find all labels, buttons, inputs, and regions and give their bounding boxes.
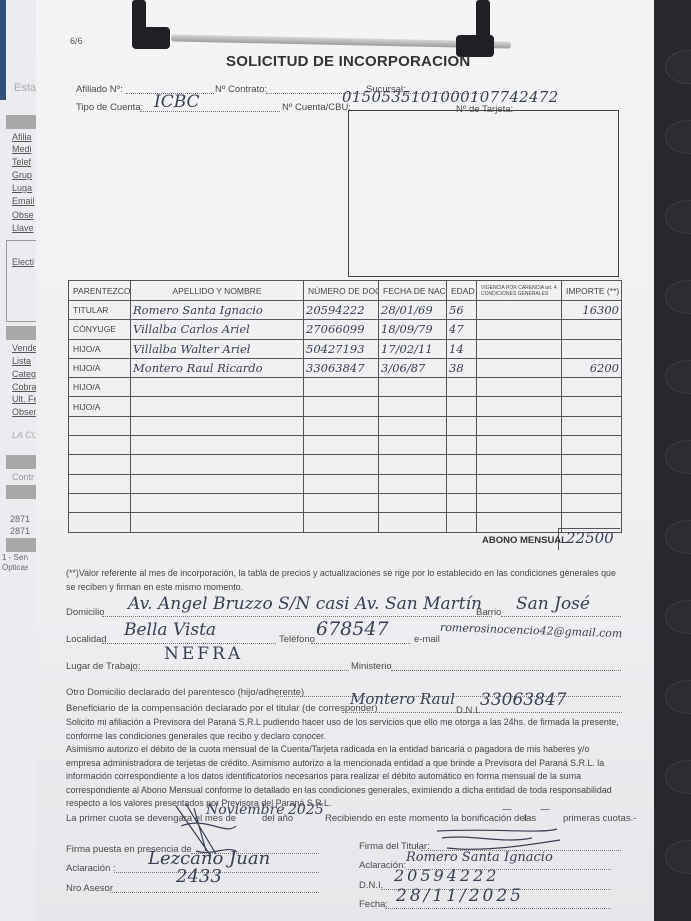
cell-parentezco[interactable]: CÓNYUGE (69, 320, 131, 339)
debit-authorization-paragraph: Asimismo autorizo el débito de la cuota … (66, 743, 626, 811)
barrio-value: San José (516, 594, 590, 614)
tipo-cuenta-label: Tipo de Cuenta: (76, 102, 143, 113)
family-table-header: PARENTEZCO APELLIDO Y NOMBRE NÚMERO DE D… (69, 281, 622, 301)
family-table-row (69, 513, 622, 532)
cell-doc[interactable]: 27066099 (304, 320, 379, 339)
family-table-row: HIJO/AVillalba Walter Ariel5042719317/02… (69, 339, 622, 358)
cell-importe[interactable] (562, 416, 622, 435)
localidad-label: Localidad (66, 634, 107, 645)
cell-fecha[interactable]: 17/02/11 (379, 339, 447, 358)
column-header: APELLIDO Y NOMBRE (131, 281, 304, 301)
cell-vigencia[interactable] (477, 358, 562, 377)
fecha-field[interactable] (385, 908, 611, 909)
cell-importe[interactable] (562, 320, 622, 339)
cell-fecha[interactable] (379, 436, 447, 455)
background-sheet-item: Llave (12, 223, 36, 233)
background-sheet-elect: Electi (12, 257, 36, 267)
cell-vigencia[interactable] (477, 378, 562, 397)
asesor-field[interactable] (110, 892, 319, 893)
background-sheet-bar (6, 326, 36, 340)
cell-parentezco[interactable] (69, 436, 131, 455)
background-sheet-item: Categ (12, 369, 36, 379)
cell-importe[interactable] (562, 436, 622, 455)
beneficiario-value: Montero Raul (350, 690, 455, 708)
cell-importe[interactable] (562, 474, 622, 493)
family-table-row: HIJO/A (69, 378, 622, 397)
cell-doc[interactable] (304, 493, 379, 512)
background-sheet-bar (6, 538, 36, 552)
cell-parentezco[interactable] (69, 474, 131, 493)
cell-importe[interactable] (562, 493, 622, 512)
asesor-value: 2433 (176, 866, 222, 887)
background-sheet-code: 2871 (10, 514, 36, 524)
affiliation-paragraph: Solicito mi afiliación a Previsora del P… (66, 716, 626, 743)
cell-edad[interactable] (447, 493, 477, 512)
family-table-row: CÓNYUGEVillalba Carlos Ariel2706609918/0… (69, 320, 622, 339)
background-sheet-box (6, 240, 36, 322)
cell-nombre[interactable] (131, 455, 304, 474)
background-sheet-item: Email (12, 196, 36, 206)
cell-importe[interactable]: 6200 (562, 358, 622, 377)
cell-importe[interactable] (562, 455, 622, 474)
background-sheet-item: Obser (12, 407, 36, 417)
cell-nombre[interactable] (131, 474, 304, 493)
telefono-label: Teléfono (279, 634, 315, 645)
cell-edad[interactable] (447, 436, 477, 455)
cell-importe[interactable]: 16300 (562, 301, 622, 320)
dni-value: 20594222 (394, 866, 499, 885)
background-sheet-contract: Contr (12, 472, 38, 482)
cell-fecha[interactable] (379, 513, 447, 532)
cell-doc[interactable]: 33063847 (304, 358, 379, 377)
background-sheet-item: Afilia (12, 132, 36, 142)
fecha-label: Fecha: (359, 899, 388, 910)
domicilio-field[interactable] (102, 616, 492, 617)
family-table-row (69, 455, 622, 474)
background-sheet-item: Medi (12, 144, 36, 154)
cell-nombre[interactable] (131, 416, 304, 435)
cell-parentezco[interactable] (69, 416, 131, 435)
beneficiario-dni-value: 33063847 (480, 690, 567, 710)
background-sheet-bar (6, 115, 36, 129)
abono-label: ABONO MENSUAL (482, 535, 567, 546)
family-table-row (69, 436, 622, 455)
cell-vigencia[interactable] (477, 320, 562, 339)
cell-importe[interactable] (562, 378, 622, 397)
column-header: EDAD (447, 281, 477, 301)
cell-nombre[interactable] (131, 513, 304, 532)
rubber-mat (651, 0, 691, 921)
cell-vigencia[interactable] (477, 493, 562, 512)
aclaracion-right-value: Romero Santa Ignacio (406, 850, 553, 865)
cell-nombre[interactable] (131, 493, 304, 512)
aclaracion-left-label: Aclaración : (66, 863, 116, 874)
cell-fecha[interactable]: 18/09/79 (379, 320, 447, 339)
cell-vigencia[interactable] (477, 339, 562, 358)
cell-fecha[interactable] (379, 493, 447, 512)
email-value: romerosinocencio42@gmail.com (440, 621, 623, 640)
family-table-row: TITULARRomero Santa Ignacio2059422228/01… (69, 301, 622, 320)
cell-vigencia[interactable] (477, 416, 562, 435)
cell-edad[interactable]: 14 (447, 339, 477, 358)
email-label: e-mail (414, 634, 440, 645)
cell-parentezco[interactable]: TITULAR (69, 301, 131, 320)
cell-parentezco[interactable] (69, 493, 131, 512)
cell-fecha[interactable] (379, 474, 447, 493)
cell-parentezco[interactable] (69, 455, 131, 474)
beneficiario-dni-label: D.N.I. (456, 705, 480, 716)
cell-fecha[interactable]: 3/06/87 (379, 358, 447, 377)
cuenta-cbu-label: Nº Cuenta/CBU: (282, 102, 351, 113)
cell-doc[interactable]: 20594222 (304, 301, 379, 320)
column-header: PARENTEZCO (69, 281, 131, 301)
cell-vigencia[interactable] (477, 513, 562, 532)
column-header: FECHA DE NAC. (379, 281, 447, 301)
background-sheet-heading: Esta (14, 82, 36, 94)
cuenta-cbu-value: 0150535101000107742472 (342, 88, 559, 106)
cell-edad[interactable]: 56 (447, 301, 477, 320)
family-table-row (69, 474, 622, 493)
cell-fecha[interactable] (379, 455, 447, 474)
background-sheet-item: Grup (12, 170, 36, 180)
family-table-row (69, 416, 622, 435)
cell-nombre[interactable]: Villalba Walter Ariel (131, 339, 304, 358)
family-table-row: HIJO/AMontero Raul Ricardo330638473/06/8… (69, 358, 622, 377)
cell-fecha[interactable] (379, 397, 447, 416)
trabajo-label: Lugar de Trabajo: (66, 661, 140, 672)
background-sheet-item: Cobra (12, 382, 36, 392)
beneficiario-field[interactable] (342, 712, 622, 713)
background-sheet-item: Lista (12, 356, 36, 366)
cell-parentezco[interactable]: HIJO/A (69, 339, 131, 358)
fecha-value: 28/11/2025 (396, 886, 524, 906)
column-header: NÚMERO DE DOC. (304, 281, 379, 301)
cuota-anio-value: 2025 (288, 802, 324, 818)
barrio-label: Barrio (476, 607, 501, 618)
ministerio-field[interactable] (391, 670, 621, 671)
otro-domicilio-label: Otro Domicilio declarado del parentesco … (66, 687, 304, 698)
las-label: las (524, 813, 536, 824)
cell-parentezco[interactable]: HIJO/A (69, 358, 131, 377)
cell-vigencia[interactable] (477, 397, 562, 416)
background-sheet-footer: Opticas; (2, 563, 28, 572)
bonif-value: — (502, 804, 512, 815)
background-sheet-footer: 1 - Serv (2, 553, 28, 562)
asesor-label: Nro Asesor (66, 883, 113, 894)
cell-doc[interactable] (304, 474, 379, 493)
cell-doc[interactable] (304, 455, 379, 474)
cell-importe[interactable] (562, 339, 622, 358)
cell-parentezco[interactable] (69, 513, 131, 532)
trabajo-field[interactable] (131, 670, 349, 671)
background-sheet-item: Obse (12, 210, 36, 220)
bonif-text: Recibiendo en este momento la bonificaci… (325, 813, 527, 824)
family-table-row (69, 493, 622, 512)
cell-edad[interactable] (447, 455, 477, 474)
ministerio-label: Ministerio (351, 661, 392, 672)
column-header: VIGENCIA POR CARENCIA art. 4 CONDICIONES… (477, 281, 562, 301)
cell-fecha[interactable] (379, 416, 447, 435)
background-sheet-bar (6, 485, 36, 499)
background-sheet-code: 2871 (10, 526, 36, 536)
cell-nombre[interactable] (131, 436, 304, 455)
contrato-label: Nº Contrato: (215, 84, 267, 95)
cell-fecha[interactable]: 28/01/69 (379, 301, 447, 320)
background-sheet-item: Telef (12, 157, 36, 167)
cell-nombre[interactable] (131, 378, 304, 397)
dni-label: D.N.I. (359, 880, 383, 891)
cell-edad[interactable]: 38 (447, 358, 477, 377)
background-sheet-item: Ult. Fe (12, 394, 36, 404)
clipboard-clip-left (132, 27, 170, 49)
cell-edad[interactable] (447, 474, 477, 493)
background-sheet-bar (6, 455, 36, 469)
cell-doc[interactable] (304, 513, 379, 532)
trabajo-value: NEFRA (164, 644, 243, 664)
cell-edad[interactable] (447, 397, 477, 416)
background-sheet-item: Vende (12, 343, 36, 353)
cuota-suffix: primeras cuotas.- (563, 813, 636, 824)
cell-edad[interactable] (447, 416, 477, 435)
domicilio-label: Domicilio (66, 607, 105, 618)
tipo-cuenta-value: ICBC (154, 92, 200, 112)
telefono-value: 678547 (316, 618, 389, 640)
cell-parentezco[interactable]: HIJO/A (69, 397, 131, 416)
cell-doc[interactable] (304, 378, 379, 397)
form-paper: 6/6 SOLICITUD DE INCORPORACION Afiliado … (36, 0, 654, 921)
cell-vigencia[interactable] (477, 455, 562, 474)
form-title: SOLICITUD DE INCORPORACION (226, 53, 470, 70)
family-table-row: HIJO/A (69, 397, 622, 416)
telefono-field[interactable] (311, 643, 411, 644)
footnote: (**)Valor referente al mes de incorporac… (66, 567, 626, 594)
photo-box (348, 110, 619, 277)
abono-value: 22500 (566, 529, 614, 547)
cell-parentezco[interactable]: HIJO/A (69, 378, 131, 397)
clipboard-clip-right-post (476, 0, 490, 40)
family-table-body: TITULARRomero Santa Ignacio2059422228/01… (69, 301, 622, 533)
cell-edad[interactable] (447, 378, 477, 397)
cell-importe[interactable] (562, 397, 622, 416)
las-value: — (540, 804, 550, 815)
cell-edad[interactable]: 47 (447, 320, 477, 339)
column-header: IMPORTE (**) (562, 281, 622, 301)
background-sheet-item: Luga (12, 183, 36, 193)
barrio-field[interactable] (501, 616, 621, 617)
cell-fecha[interactable] (379, 378, 447, 397)
cell-nombre[interactable]: Romero Santa Ignacio (131, 301, 304, 320)
afiliado-label: Afiliado Nº: (76, 84, 123, 95)
domicilio-value: Av. Angel Bruzzo S/N casi Av. San Martín (128, 594, 482, 614)
cell-vigencia[interactable] (477, 436, 562, 455)
beneficiario-label: Beneficiario de la compensación declarad… (66, 703, 378, 714)
cell-doc[interactable] (304, 416, 379, 435)
cell-vigencia[interactable] (477, 301, 562, 320)
cell-doc[interactable]: 50427193 (304, 339, 379, 358)
cell-nombre[interactable]: Villalba Carlos Ariel (131, 320, 304, 339)
background-sheet-strip (0, 0, 6, 100)
cell-nombre[interactable]: Montero Raul Ricardo (131, 358, 304, 377)
background-sheet-note: LA CU (12, 430, 38, 440)
cell-nombre[interactable] (131, 397, 304, 416)
cell-doc[interactable] (304, 397, 379, 416)
family-table: PARENTEZCO APELLIDO Y NOMBRE NÚMERO DE D… (68, 280, 622, 533)
cell-edad[interactable] (447, 513, 477, 532)
localidad-value: Bella Vista (124, 620, 216, 640)
cell-doc[interactable] (304, 436, 379, 455)
cell-vigencia[interactable] (477, 474, 562, 493)
page-number: 6/6 (70, 36, 83, 46)
